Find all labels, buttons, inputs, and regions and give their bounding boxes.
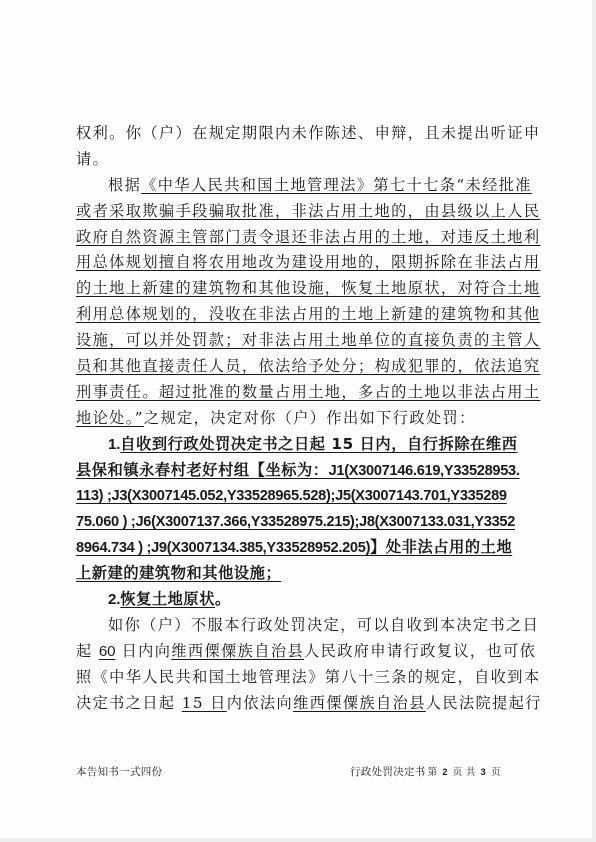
law-quote-line: 政府自然资源主管部门责令退还非法占用的土地，对违反土地利 [76, 225, 523, 251]
penalty-text: 县保和镇永春村老好村组【坐标为： [76, 461, 329, 479]
coordinates: J1(X3007146.619,Y33528953. [329, 463, 520, 479]
law-quote: 的土地上新建的建筑物和其他设施，恢复土地原状，对符合土地 [76, 279, 540, 297]
penalty-text: 自收到行政处罚决定书之日起 15 日内，自行拆除在维西 [120, 435, 517, 453]
law-quote-line: 或者采取欺骗手段骗取批准，非法占用土地的，由县级以上人民 [76, 199, 523, 225]
penalty-item-2: 2.恢复土地原状。 [76, 587, 523, 613]
penalty-line: 75.060 ) ;J6(X3007137.366,Y33528975.215)… [76, 509, 523, 535]
item-number: 2. [108, 591, 120, 608]
text: 日内向 [122, 642, 172, 660]
law-quote-line: 用总体规划擅自将农用地改为建设用地的，限期拆除在非法占用 [76, 250, 523, 276]
text: 权利。你（户）在规定期限内未作陈述、申辩，且未提出听证申 [76, 124, 540, 142]
penalty-line: 上新建的建筑物和其他设施； [76, 561, 523, 587]
law-quote: 利用总体规划的，没收在非法占用的土地上新建的建筑物和其他 [76, 305, 540, 323]
law-quote: 设施，可以并处罚款；对非法占用土地单位的直接负责的主管人 [76, 331, 540, 349]
law-quote: 刑事责任。超过批准的数量占用土地，多占的土地以非法占用土 [76, 383, 540, 401]
text: 人民政府申请行政复议，也可依 [304, 642, 536, 660]
text: 之规定，决定对你（户）作出如下行政处罚： [144, 409, 476, 427]
law-quote: 用总体规划擅自将农用地改为建设用地的，限期拆除在非法占用 [76, 253, 540, 271]
text: 。 [215, 590, 231, 608]
text: 如你（户）不服本行政处罚决定，可以自收到本决定书之日 [108, 616, 539, 634]
text: 第 [426, 767, 440, 778]
county-name: 维西傈僳族自治县 [293, 694, 426, 712]
text: 人民法院提起行 [426, 694, 542, 712]
coordinates: 113) ;J3(X3007145.052,Y33528965.528);J5(… [76, 488, 507, 504]
text: 内依法向 [227, 694, 293, 712]
penalty-line: 113) ;J3(X3007145.052,Y33528965.528);J5(… [76, 483, 523, 509]
text: 请。 [76, 150, 109, 168]
law-quote: 员和其他直接责任人员，依法给予处分；构成犯罪的，依法追究 [76, 357, 540, 375]
law-quote: 地论处。” [76, 409, 144, 427]
text-line: 地论处。”之规定，决定对你（户）作出如下行政处罚： [76, 406, 523, 432]
text-line: 决定书之日起 15 日内依法向维西傈僳族自治县人民法院提起行 [76, 691, 523, 717]
item-number: 1. [108, 436, 120, 453]
document-body: 权利。你（户）在规定期限内未作陈述、申辩，且未提出听证申 请。 根据《中华人民共… [76, 121, 523, 716]
penalty-text: 恢复土地原状 [120, 590, 215, 608]
coordinates: 8964.734 ) ;J9(X3007134.385,Y33528952.20… [76, 540, 370, 556]
penalty-item-1: 1.自收到行政处罚决定书之日起 15 日内，自行拆除在维西 [76, 432, 523, 458]
footer-doc-title: 行政处罚决定书 [350, 766, 426, 778]
law-citation-paragraph: 根据《中华人民共和国土地管理法》第七十七条“未经批准 [76, 173, 523, 199]
law-quote: 政府自然资源主管部门责令退还非法占用的土地，对违反土地利 [76, 228, 540, 246]
law-quote: 或者采取欺骗手段骗取批准，非法占用土地的，由县级以上人民 [76, 202, 540, 220]
law-quote-line: 设施，可以并处罚款；对非法占用土地单位的直接负责的主管人 [76, 328, 523, 354]
text: 根据 [108, 176, 141, 194]
page-number: 2 [439, 767, 450, 777]
review-days: 60 [99, 643, 116, 660]
text-line: 权利。你（户）在规定期限内未作陈述、申辩，且未提出听证申 [76, 121, 523, 147]
law-quote: 《中华人民共和国土地管理法》第七十七条“未经批准 [141, 176, 532, 194]
text-line: 照《中华人民共和国土地管理法》第八十三条的规定，自收到本 [76, 665, 523, 691]
text: 页 共 [451, 767, 478, 778]
text-line: 起 60 日内向维西傈僳族自治县人民政府申请行政复议，也可依 [76, 639, 523, 665]
footer-page-info: 行政处罚决定书第2页 共3页 [350, 764, 503, 779]
law-quote-line: 刑事责任。超过批准的数量占用土地，多占的土地以非法占用土 [76, 380, 523, 406]
penalty-line: 县保和镇永春村老好村组【坐标为：J1(X3007146.619,Y3352895… [76, 458, 523, 484]
document-page: 权利。你（户）在规定期限内未作陈述、申辩，且未提出听证申 请。 根据《中华人民共… [0, 0, 592, 838]
text: 决定书之日起 [76, 694, 176, 712]
law-quote-line: 员和其他直接责任人员，依法给予处分；构成犯罪的，依法追究 [76, 354, 523, 380]
text: 页 [489, 767, 503, 778]
page-total: 3 [478, 767, 489, 777]
appeal-paragraph: 如你（户）不服本行政处罚决定，可以自收到本决定书之日 [76, 613, 523, 639]
penalty-line: 8964.734 ) ;J9(X3007134.385,Y33528952.20… [76, 535, 523, 561]
footer-copies-note: 本告知书一式四份 [76, 764, 162, 779]
law-quote-line: 的土地上新建的建筑物和其他设施，恢复土地原状，对符合土地 [76, 276, 523, 302]
text: 起 [76, 642, 93, 660]
text: 照《中华人民共和国土地管理法》第八十三条的规定，自收到本 [76, 668, 540, 686]
penalty-text: 】处非法占用的土地 [370, 538, 512, 556]
text-line: 请。 [76, 147, 523, 173]
law-quote-line: 利用总体规划的，没收在非法占用的土地上新建的建筑物和其他 [76, 302, 523, 328]
county-name: 维西傈僳族自治县 [171, 642, 304, 660]
lawsuit-days: 15 日 [182, 694, 227, 712]
penalty-text: 上新建的建筑物和其他设施； [76, 564, 281, 582]
coordinates: 75.060 ) ;J6(X3007137.366,Y33528975.215)… [76, 514, 515, 530]
